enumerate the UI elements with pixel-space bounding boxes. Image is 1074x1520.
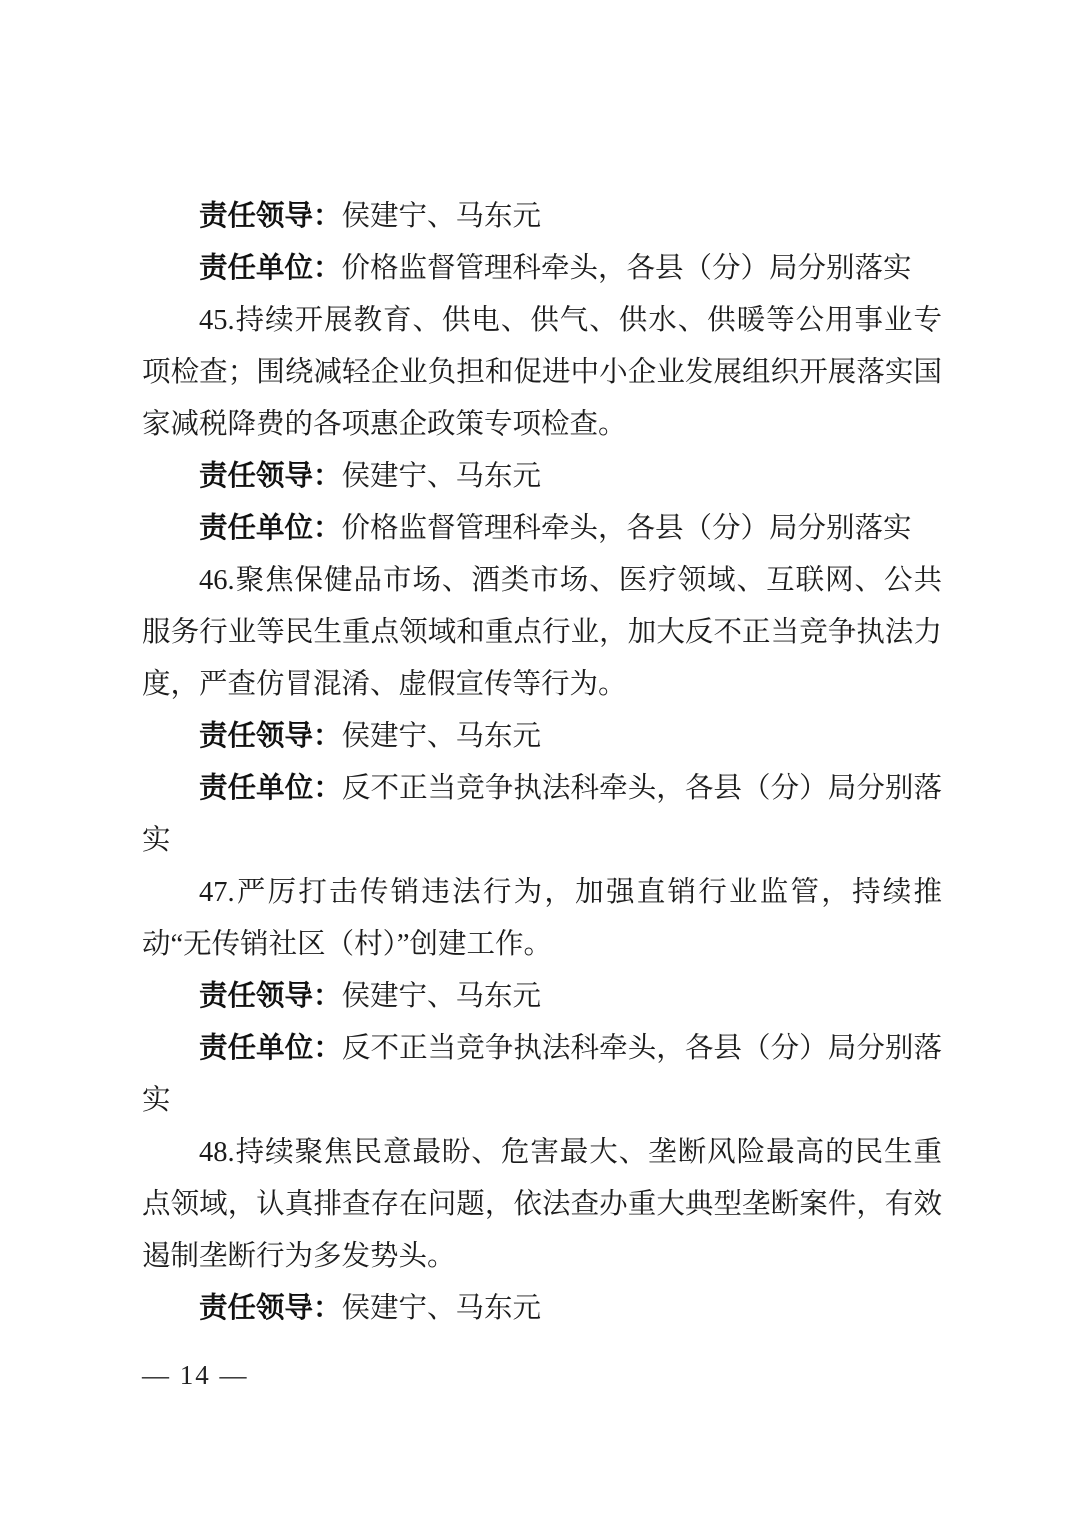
responsibility-paragraph: 责任领导：侯建宁、马东元: [142, 191, 942, 243]
document-body: 责任领导：侯建宁、马东元责任单位：价格监督管理科牵头，各县（分）局分别落实45.…: [142, 191, 942, 1335]
paragraph-text: 45.持续开展教育、供电、供气、供水、供暖等公用事业专项检查；围绕减轻企业负担和…: [142, 305, 942, 440]
responsibility-label: 责任领导：: [199, 461, 342, 492]
paragraph-text: 侯建宁、马东元: [342, 461, 542, 492]
page-number: — 14 —: [142, 1360, 249, 1390]
responsibility-label: 责任领导：: [199, 721, 342, 752]
task-item-paragraph: 47.严厉打击传销违法行为，加强直销行业监管，持续推动“无传销社区（村）”创建工…: [142, 867, 942, 971]
responsibility-label: 责任领导：: [199, 201, 342, 232]
task-item-paragraph: 45.持续开展教育、供电、供气、供水、供暖等公用事业专项检查；围绕减轻企业负担和…: [142, 295, 942, 451]
paragraph-text: 价格监督管理科牵头，各县（分）局分别落实: [342, 513, 912, 544]
document-page: 责任领导：侯建宁、马东元责任单位：价格监督管理科牵头，各县（分）局分别落实45.…: [0, 0, 1074, 1520]
responsibility-paragraph: 责任领导：侯建宁、马东元: [142, 1283, 942, 1335]
responsibility-paragraph: 责任单位：反不正当竞争执法科牵头，各县（分）局分别落实: [142, 763, 942, 867]
responsibility-label: 责任领导：: [199, 1293, 342, 1324]
paragraph-text: 侯建宁、马东元: [342, 721, 542, 752]
responsibility-label: 责任单位：: [199, 513, 342, 544]
responsibility-label: 责任领导：: [199, 981, 342, 1012]
responsibility-paragraph: 责任单位：价格监督管理科牵头，各县（分）局分别落实: [142, 243, 942, 295]
paragraph-text: 侯建宁、马东元: [342, 201, 542, 232]
paragraph-text: 侯建宁、马东元: [342, 981, 542, 1012]
responsibility-label: 责任单位：: [199, 1033, 342, 1064]
responsibility-paragraph: 责任单位：价格监督管理科牵头，各县（分）局分别落实: [142, 503, 942, 555]
responsibility-paragraph: 责任领导：侯建宁、马东元: [142, 971, 942, 1023]
task-item-paragraph: 48.持续聚焦民意最盼、危害最大、垄断风险最高的民生重点领域，认真排查存在问题，…: [142, 1127, 942, 1283]
responsibility-paragraph: 责任领导：侯建宁、马东元: [142, 711, 942, 763]
paragraph-text: 侯建宁、马东元: [342, 1293, 542, 1324]
responsibility-paragraph: 责任单位：反不正当竞争执法科牵头，各县（分）局分别落实: [142, 1023, 942, 1127]
responsibility-label: 责任单位：: [199, 253, 342, 284]
paragraph-text: 价格监督管理科牵头，各县（分）局分别落实: [342, 253, 912, 284]
paragraph-text: 47.严厉打击传销违法行为，加强直销行业监管，持续推动“无传销社区（村）”创建工…: [142, 877, 942, 960]
paragraph-text: 46.聚焦保健品市场、酒类市场、医疗领域、互联网、公共服务行业等民生重点领域和重…: [142, 565, 942, 700]
page-footer: — 14 —: [142, 1352, 249, 1398]
responsibility-paragraph: 责任领导：侯建宁、马东元: [142, 451, 942, 503]
task-item-paragraph: 46.聚焦保健品市场、酒类市场、医疗领域、互联网、公共服务行业等民生重点领域和重…: [142, 555, 942, 711]
paragraph-text: 48.持续聚焦民意最盼、危害最大、垄断风险最高的民生重点领域，认真排查存在问题，…: [142, 1137, 942, 1272]
responsibility-label: 责任单位：: [199, 773, 342, 804]
